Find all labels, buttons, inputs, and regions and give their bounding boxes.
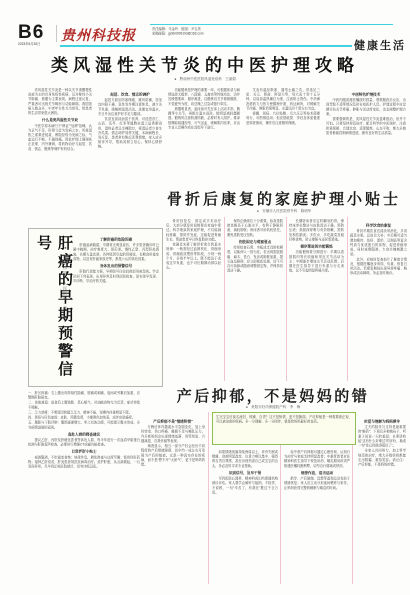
numbered-line: 三、乏力消瘦：不明原因的疲乏无力、精神不振，短期内体重明显下降。: [28, 410, 140, 415]
article1-column: 起居、饮食、情志的调护起居方面应防寒保暖、避风防潮，居室宜向阳干燥，急性发作期注…: [98, 88, 162, 222]
article2-headline: 骨折后康复的家庭护理小贴士: [160, 188, 408, 209]
column-subhead: 高危人群的筛查建议: [28, 432, 140, 437]
body-paragraph: 调查显示，相当一部分产妇会经历不同程度的产后情绪障碍，其中约一成左右可发展为产后…: [141, 444, 205, 467]
body-paragraph: 中药内服须遵医嘱按时按量，观察服药后反应，出现胃脘不适等情况及时告知医护人员。护…: [326, 98, 406, 116]
article3-column: 产后抑郁不是“情绪矫情”分娩后体内激素水平急剧变化，加上身份转变、伤口疼痛、睡眠…: [141, 415, 205, 585]
article3-column: 用爱与理解为妈妈撑伞丈夫的陪伴与支持是最重要的“解药”：下班后多抱抱孩子，听妻子…: [358, 415, 406, 585]
body-paragraph: 中医学将本病归于“痹证”“尪痹”范畴，认为正气不足、肝肾亏虚为发病之本，风寒湿热…: [28, 124, 92, 152]
header-rule-top: [150, 24, 393, 25]
body-paragraph: 可到医院心理科、精神科或妇幼保健机构就诊评估。家人要学会倾听与接纳，不指责、不说…: [212, 477, 278, 495]
article3-column: 如果情绪低落持续两周以上，伴有失眠或嗜睡、食欲明显改变、注意力难以集中、强烈的自…: [212, 450, 278, 584]
liver-article-byline: ● 毕节市第一人民医院 张 伟: [62, 245, 68, 375]
column-divider: [224, 217, 225, 381]
body-paragraph: 分娩后体内激素水平急剧变化，加上身份转变、伤口疼痛、睡眠不足与哺乳压力，许多新妈…: [141, 425, 205, 443]
body-paragraph: 需要强调的是，类风湿性关节炎虽难根治，但并不可怕。只要坚持规范治疗，配合科学的中…: [326, 117, 406, 135]
article1-byline: ● 黔南州中医医院风湿免疫科 王丽娟: [0, 77, 410, 86]
body-paragraph: 轻中度产后抑郁可通过心理咨询、认知行为治疗与家庭支持明显改善；中重度患者应在精神…: [284, 450, 350, 468]
column-subhead: 身体发出的预警信号: [73, 264, 159, 269]
column-subhead: 了解肝癌的危险因素: [73, 237, 159, 242]
column-divider: [286, 217, 287, 381]
article3-column: 轻中度产后抑郁可通过心理咨询、认知行为治疗与家庭支持明显改善；中重度患者应在精神…: [284, 450, 350, 584]
editor-info: 责任编辑：马金玲 组版：尹玉美 来稿邮箱：gzkb0009193@163.com: [152, 27, 262, 45]
column-subhead: 识别信号，及早干预: [212, 470, 278, 475]
article1-column: 功能锻炼是护理的重要一环。可根据体质与病情选择太极拳、八段锦、五禽戏等传统功法，…: [168, 88, 240, 185]
body-paragraph: 拔罐、刮痧、穴位贴敷、耳穴压豆等技术简便易行，可酌情选用；但皮肤破损、孕妇及体质…: [246, 112, 320, 126]
body-paragraph: 经常检查石膏、夹板或支具的松紧度，以能伸入一指为宜。若出现患肢剧痛、麻木、苍白、…: [227, 246, 283, 274]
liver-article-headline: 肝癌的早期预警信号: [33, 235, 75, 381]
article2-column: 长期卧床者应定时翻身拍背，保持床单位整洁与皮肤清洁干燥，预防压疮；鼓励深呼吸与有…: [289, 219, 344, 379]
body-paragraph: 肝脏代偿能力强，早期信号往往轻微而易被忽视。学会识别下列表现，出现异常及时到医院…: [73, 270, 159, 284]
numbered-line: 一、肝区疼痛：右上腹出现持续性隐痛、胀痛或刺痛，夜间或劳累后加重，应警惕肝脏病变…: [28, 391, 140, 400]
liver-article-lower-column: 一、肝区疼痛：右上腹出现持续性隐痛、胀痛或刺痛，夜间或劳累后加重，应警惕肝脏病变…: [28, 391, 140, 587]
column-subhead: 伤肢固定与观察要点: [227, 239, 283, 244]
article2-column: 保持正确体位十分重要。抬高患肢使其略高于心脏水平，有利于静脉回流、减轻肿胀；卧床…: [227, 219, 283, 379]
header-rule-bottom: [60, 45, 352, 47]
column-subhead: 日常护肝小贴士: [28, 449, 140, 454]
article3-headline: 产后抑郁，不是妈妈的错: [138, 385, 408, 406]
newspaper-page: B6 2023年5月30日 贵州科技报 责任编辑：马金玲 组版：尹玉美 来稿邮箱…: [0, 0, 410, 595]
article1-column: 艾灸有温经散寒、通络止痛之功，常选足三里、关元、肾俞、阿是穴等，每穴灸十到十五分…: [246, 88, 320, 185]
body-paragraph: 功能锻炼是护理的重要一环。可根据体质与病情选择太极拳、八段锦、五禽戏等传统功法，…: [168, 88, 240, 106]
body-paragraph: 功能锻炼要分期进行：早期以患肢肌肉等长收缩和邻近关节活动为主；中期逐步增加关节活…: [289, 250, 344, 273]
masthead-logo: 贵州科技报: [61, 25, 136, 45]
column-subhead: 中医特色护理技术: [326, 92, 406, 97]
column-subhead: 起居、饮食、情志的调护: [98, 92, 162, 97]
column-subhead: 用爱与理解为妈妈撑伞: [358, 419, 406, 424]
editor-line2: 来稿邮箱：gzkb0009193@163.com: [152, 32, 262, 37]
page-number: B6: [18, 22, 44, 44]
column-subhead: 什么是类风湿性关节炎: [28, 118, 92, 123]
body-paragraph: 长期卧床者应定时翻身拍背，保持床单位整洁与皮肤清洁干燥，预防压疮；鼓励深呼吸与有…: [289, 219, 344, 242]
body-paragraph: 戒酒限酒，不吃霉变食物；规律作息，避免熬夜与过度劳累；慎用伤肝药物；接种乙肝疫苗…: [28, 455, 140, 469]
body-paragraph: 如果情绪低落持续两周以上，伴有失眠或嗜睡、食欲明显改变、注意力难以集中、强烈的自…: [212, 450, 278, 468]
numbered-line: 五、腹胀与下肢浮肿：腹围逐渐增大、叩之有波动感，可能提示腹水形成，多为病情进展的…: [28, 421, 140, 430]
body-paragraph: 全家人共同努力，加上科学规范的治疗，绝大多数妈妈都能走出阴霾、重拾笑容。请记住：…: [358, 449, 406, 467]
body-paragraph: 保持正确体位十分重要。抬高患肢使其略高于心脏水平，有利于静脉回流、减轻肿胀；卧床…: [227, 219, 283, 237]
liver-article-box: 肝癌的早期预警信号 ● 毕节市第一人民医院 张 伟 了解肝癌的危险因素肝癌起病隐…: [28, 228, 163, 387]
article1-column: 类风湿性关节炎是一种以关节滑膜慢性炎症为主的自身免疫性疾病，以对称性小关节肿痛、…: [28, 88, 92, 222]
body-paragraph: 艾灸有温经散寒、通络止痛之功，常选足三里、关元、肾俞、阿是穴等，每穴灸十到十五分…: [246, 88, 320, 111]
body-paragraph: 家属首先要了解骨折愈合的基本规律：一般需经过血肿机化、骨痂形成、骨痂改造塑形等阶…: [166, 243, 221, 271]
article1-headline: 类风湿性关节炎的中医护理攻略: [0, 51, 410, 76]
body-paragraph: 肝癌起病隐匿，早期常无明显症状，许多患者确诊时已属中晚期，治疗难度大、预后差。慢…: [73, 243, 159, 261]
body-paragraph: 骨折早期饮食宜清淡易消化，多食蔬菜水果，忌盲目大补；中后期可适当增加瘦肉、鱼虾、…: [350, 229, 407, 257]
column-subhead: 产后抑郁不是“情绪矫情”: [141, 419, 205, 424]
body-paragraph: 散步、产后瑜伽、冥想等温和运动有助于情绪恢复；家人应主动分担夜间喂养与家务，让妈…: [284, 477, 350, 491]
body-paragraph: 类风湿性关节炎是一种以关节滑膜慢性炎症为主的自身免疫性疾病，以对称性小关节肿痛、…: [28, 88, 92, 116]
column-subhead: 科学饮食助康复: [350, 223, 407, 228]
column-divider: [208, 412, 209, 584]
column-subhead: 循序渐进的功能锻炼: [289, 244, 344, 249]
article3-lead-box: 生完宝宝后莫名流泪、烦躁、自责？这不是矫情，更不是脆弱。产后抑郁是一种需要被正视…: [212, 412, 356, 445]
body-paragraph: 饮食宜清淡而富于营养，可选薏苡仁、山药、茯苓、红枣等健脾祛湿之品煮粥食用，湿热证…: [98, 117, 162, 149]
numbered-line: 二、食欲减退：进食后上腹饱胀、恶心嗳气，对油腻食物尤为厌恶，症状持续不缓解。: [28, 401, 140, 410]
body-paragraph: 骨折经复位、固定或手术治疗后，大部分康复时间都要在家庭中度过。科学细致的家庭护理…: [166, 219, 221, 242]
body-paragraph: 建议乙肝、丙肝及肝硬化患者等高危人群，每半年进行一次血清甲胎蛋白检测与肝脏超声检…: [28, 438, 140, 447]
article2-column: 科学饮食助康复骨折早期饮食宜清淡易消化，多食蔬菜水果，忌盲目大补；中后期可适当增…: [350, 219, 407, 379]
article1-column: 中医特色护理技术中药内服须遵医嘱按时按量，观察服药后反应，出现胃脘不适等情况及时…: [326, 88, 406, 185]
article2-byline: ● 安顺市人民医院骨外科 陈明华: [160, 209, 408, 218]
column-subhead: 规律作息，适当运动: [284, 470, 350, 475]
body-paragraph: 晨僵明显者，起床前可先在床上活动手指、腕踝等小关节，再配合温水浸洗，能明显减轻僵…: [168, 107, 240, 130]
article2-column: 骨折经复位、固定或手术治疗后，大部分康复时间都要在家庭中度过。科学细致的家庭护理…: [166, 219, 221, 379]
body-paragraph: 此外，应按时复查拍片了解愈合情况，根据医嘱逐步弃拐、负重，恢复日常活动。若康复期…: [350, 257, 407, 275]
liver-article-column: 了解肝癌的危险因素肝癌起病隐匿，早期常无明显症状，许多患者确诊时已属中晚期，治疗…: [73, 233, 159, 383]
numbered-line: 四、黄疸与尿色加深：皮肤、巩膜发黄，小便颜色如浓茶，或伴皮肤瘙痒。: [28, 416, 140, 421]
header-divider: [56, 25, 57, 42]
column-divider: [347, 217, 348, 381]
body-paragraph: 丈夫的陪伴与支持是最重要的“解药”：下班后多抱抱孩子，听妻子说说一天的委屈；长辈…: [358, 425, 406, 448]
body-paragraph: 起居方面应防寒保暖、避风防潮，居室宜向阳干燥，急性发作期注意休息，减少关节负重，…: [98, 98, 162, 116]
